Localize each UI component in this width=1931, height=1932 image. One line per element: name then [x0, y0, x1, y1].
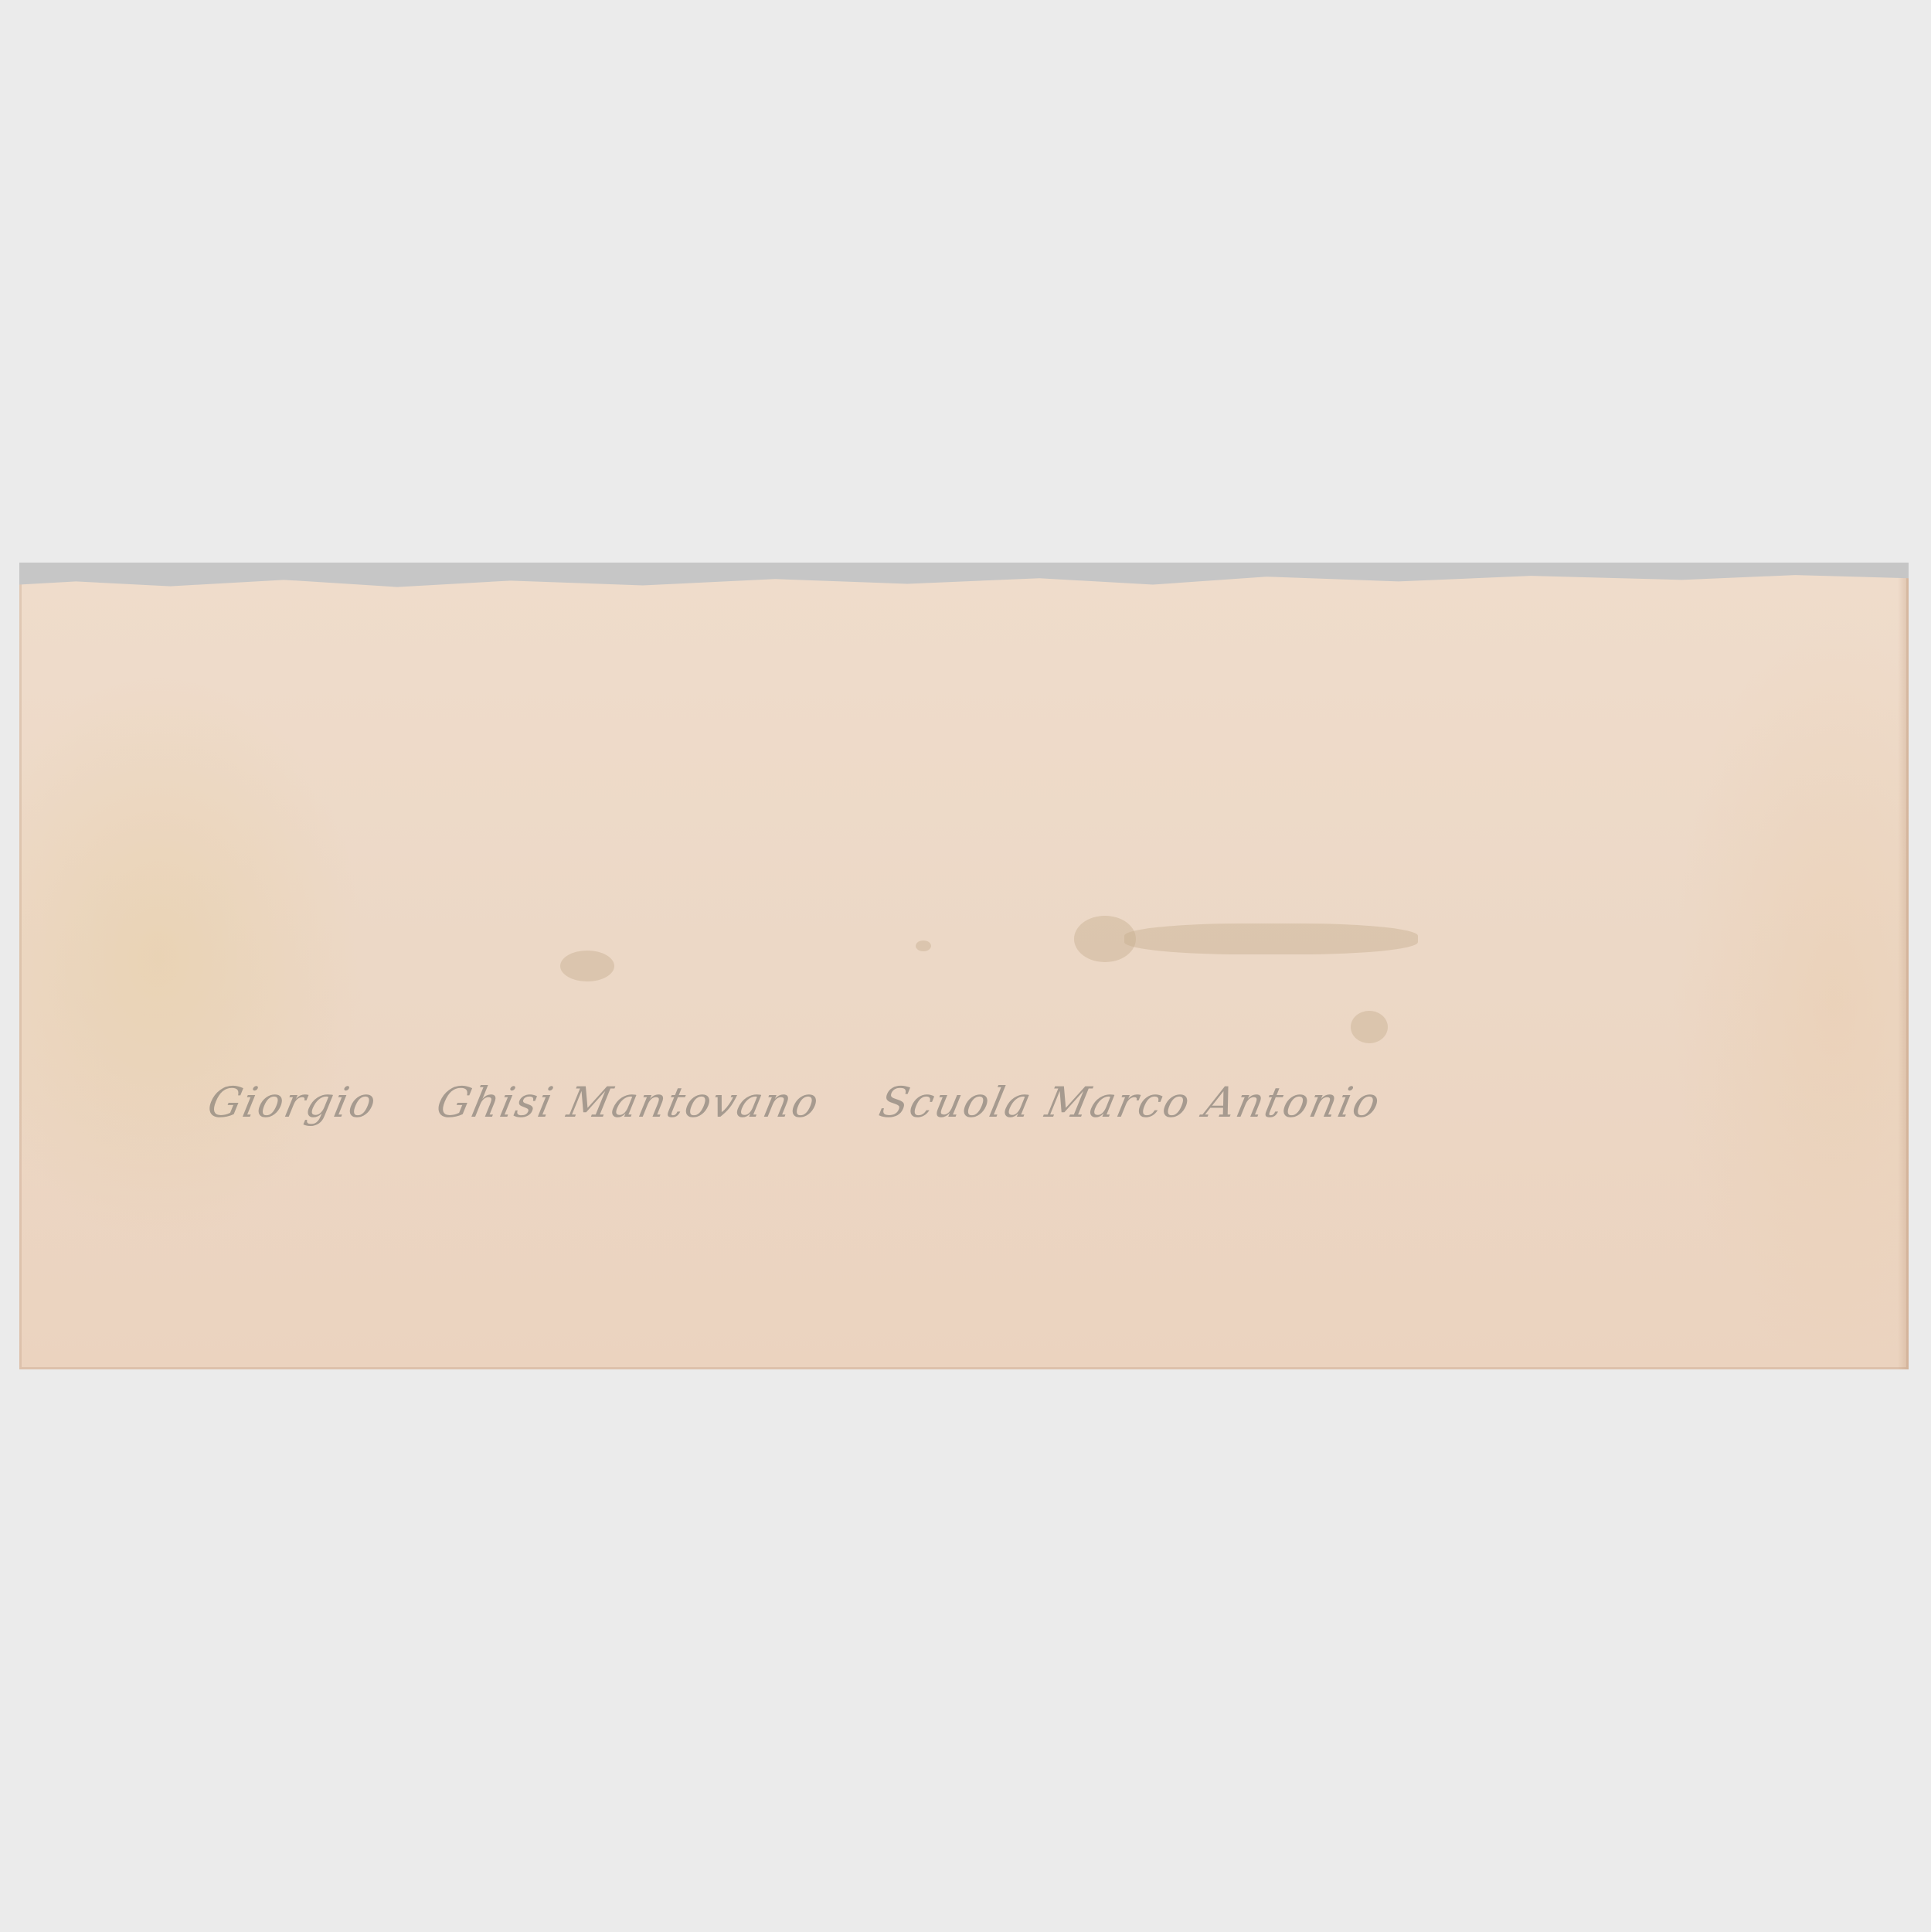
inscription-part-2: Ghisi Mantovano: [433, 1078, 824, 1127]
paper-edge: [1898, 572, 1909, 1369]
stain: [1124, 923, 1418, 954]
stain: [1351, 1011, 1388, 1043]
pencil-inscription: Giorgio Ghisi Mantovano Scuola Marco Ant…: [203, 1078, 1432, 1127]
inscription-part-1: Giorgio: [203, 1078, 381, 1127]
paper-sheet: [19, 572, 1909, 1369]
inscription-part-3: Scuola Marco Antonio: [875, 1078, 1385, 1127]
stain: [560, 951, 614, 981]
stain: [916, 940, 931, 951]
